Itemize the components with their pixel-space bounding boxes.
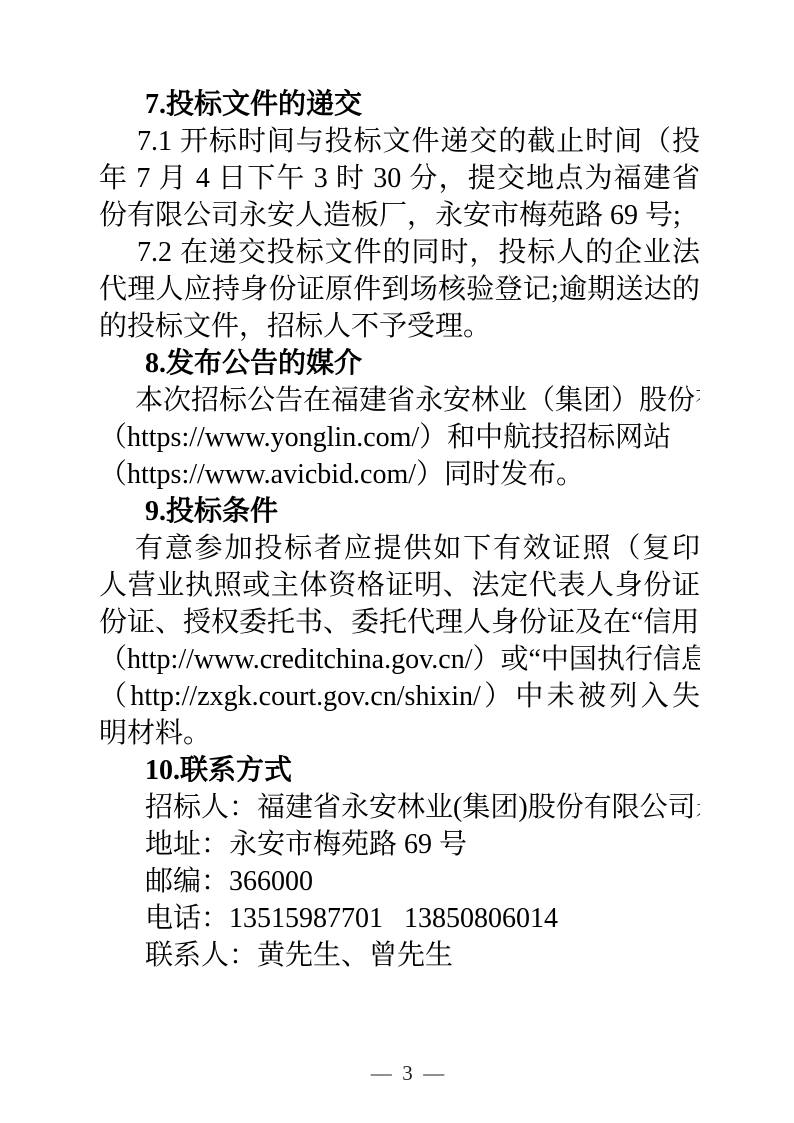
doc-line: 明材料。	[99, 715, 700, 752]
doc-line: 份证、授权委托书、委托代理人身份证及在“信用中国”网站	[99, 604, 700, 641]
doc-line: 招标人：福建省永安林业(集团)股份有限公司永安人造板厂	[99, 789, 700, 826]
doc-line: 7.2 在递交投标文件的同时，投标人的企业法定代表人或其委托	[99, 234, 700, 271]
section-heading: 7.投标文件的递交	[99, 86, 700, 123]
doc-line: 邮编：366000	[99, 863, 700, 900]
doc-line: 人营业执照或主体资格证明、法定代表人身份证明书、法定代表人身	[99, 567, 700, 604]
section-heading: 10.联系方式	[99, 752, 700, 789]
page-footer: — 3 —	[0, 1036, 794, 1111]
doc-line: 有意参加投标者应提供如下有效证照（复印件）: 加盖公章的法	[99, 530, 700, 567]
doc-line: 代理人应持身份证原件到场核验登记;逾期送达的或未送达指定地点	[99, 271, 700, 308]
document-content: 7.投标文件的递交7.1 开标时间与投标文件递交的截止时间（投标截止时间）: 2…	[99, 86, 700, 974]
doc-line: （http://zxgk.court.gov.cn/shixin/）中未被列入失…	[99, 678, 700, 715]
section-heading: 9.投标条件	[99, 493, 700, 530]
doc-line: 年 7 月 4 日下午 3 时 30 分，提交地点为福建省永安林业（集团）股	[99, 160, 700, 197]
doc-line: （https://www.yonglin.com/）和中航技招标网站	[99, 419, 700, 456]
doc-line: 联系人：黄先生、曾先生	[99, 937, 700, 974]
doc-line: （https://www.avicbid.com/）同时发布。	[99, 456, 700, 493]
doc-line: 的投标文件，招标人不予受理。	[99, 308, 700, 345]
doc-line: （http://www.creditchina.gov.cn/）或“中国执行信息…	[99, 641, 700, 678]
doc-line: 份有限公司永安人造板厂，永安市梅苑路 69 号;	[99, 197, 700, 234]
doc-line: 电话：13515987701 13850806014	[99, 900, 700, 937]
page-number: — 3 —	[371, 1061, 445, 1085]
doc-line: 7.1 开标时间与投标文件递交的截止时间（投标截止时间）: 2024	[99, 123, 700, 160]
document-page: 7.投标文件的递交7.1 开标时间与投标文件递交的截止时间（投标截止时间）: 2…	[0, 0, 794, 1123]
section-heading: 8.发布公告的媒介	[99, 345, 700, 382]
doc-line: 本次招标公告在福建省永安林业（集团）股份有限公司网站	[99, 382, 700, 419]
doc-line: 地址：永安市梅苑路 69 号	[99, 826, 700, 863]
